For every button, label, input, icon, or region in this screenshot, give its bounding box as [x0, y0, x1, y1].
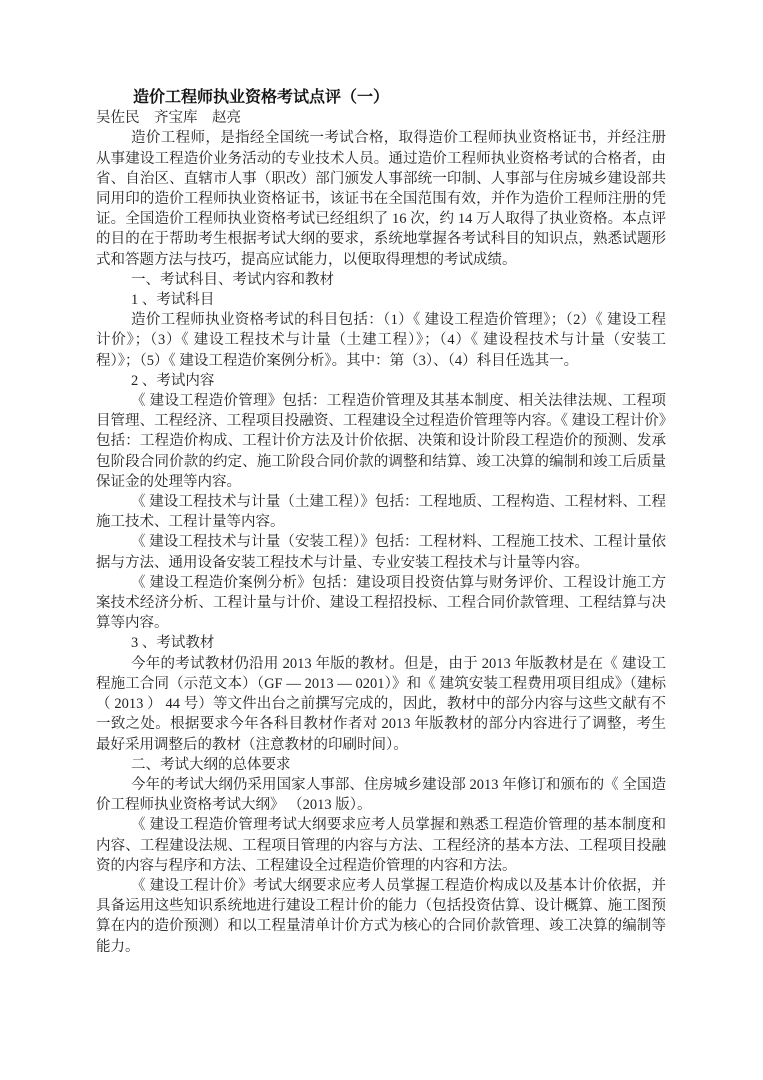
section-heading: 2 、考试内容: [96, 371, 666, 391]
paragraph: 《 建设工程技术与计量（安装工程）》包括：工程材料、工程施工技术、工程计量依据与…: [96, 532, 666, 572]
paragraph: 《 建设工程计价》考试大纲要求应考人员掌握工程造价构成以及基本计价依据，并具备运…: [96, 876, 666, 957]
section-heading: 1 、考试科目: [96, 290, 666, 310]
paragraph: 今年的考试教材仍沿用 2013 年版的教材。但是，由于 2013 年版教材是在《…: [96, 654, 666, 755]
document-authors: 吴佐民 齐宝库 赵亮: [96, 108, 666, 128]
paragraph: 《 建设工程造价管理考试大纲要求应考人员掌握和熟悉工程造价管理的基本制度和内容、…: [96, 815, 666, 876]
paragraph: 今年的考试大纲仍采用国家人事部、住房城乡建设部 2013 年修订和颁布的《 全国…: [96, 775, 666, 815]
section-heading: 一、考试科目、考试内容和教材: [96, 270, 666, 290]
paragraph: 造价工程师，是指经全国统一考试合格，取得造价工程师执业资格证书，并经注册从事建设…: [96, 128, 666, 269]
document-page: 造价工程师执业资格考试点评（一） 吴佐民 齐宝库 赵亮 造价工程师，是指经全国统…: [0, 0, 763, 1080]
paragraph: 《 建设工程造价管理》包括：工程造价管理及其基本制度、相关法律法规、工程项目管理…: [96, 391, 666, 492]
paragraph: 《 建设工程技术与计量（土建工程）》包括：工程地质、工程构造、工程材料、工程施工…: [96, 492, 666, 532]
paragraph: 《 建设工程造价案例分析》包括：建设项目投资估算与财务评价、工程设计施工方案技术…: [96, 573, 666, 634]
document-title: 造价工程师执业资格考试点评（一）: [96, 88, 666, 108]
section-heading: 3 、考试教材: [96, 633, 666, 653]
paragraph: 造价工程师执业资格考试的科目包括：（1）《 建设工程造价管理》；（2）《 建设工…: [96, 310, 666, 371]
section-heading: 二、考试大纲的总体要求: [96, 755, 666, 775]
